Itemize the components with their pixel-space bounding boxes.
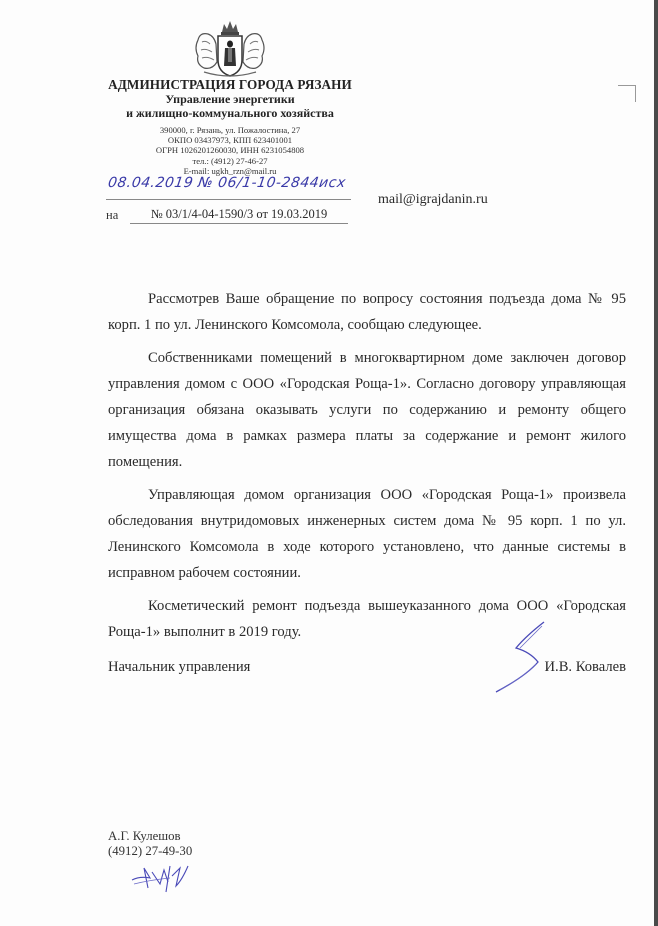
executor-initials-icon	[130, 862, 195, 897]
department-line-1: Управление энергетики	[100, 92, 360, 106]
org-phone: тел.: (4912) 27-46-27	[120, 156, 340, 166]
address-corner-mark	[618, 85, 636, 102]
registration-handwritten: 08.04.2019 № 06/1-10-2844исх	[107, 175, 347, 191]
recipient-address: mail@igrajdanin.ru	[378, 192, 488, 208]
handwritten-signature-icon	[486, 618, 566, 698]
reference-number: № 03/1/4-04-1590/3 от 19.03.2019	[130, 207, 348, 224]
letterhead: АДМИНИСТРАЦИЯ ГОРОДА РЯЗАНИ Управление э…	[100, 77, 360, 120]
reference-label: на	[106, 208, 118, 223]
org-address: 390000, г. Рязань, ул. Пожалостина, 27	[120, 125, 340, 135]
body-paragraph: Собственниками помещений в многоквартирн…	[108, 345, 626, 475]
executor-name: А.Г. Кулешов	[108, 829, 192, 844]
body-paragraph: Управляющая домом организация ООО «Город…	[108, 482, 626, 586]
signatory-title: Начальник управления	[108, 659, 250, 676]
executor-block: А.Г. Кулешов (4912) 27-49-30	[108, 829, 192, 858]
body-paragraph: Рассмотрев Ваше обращение по вопросу сос…	[108, 286, 626, 338]
letter-body: Рассмотрев Ваше обращение по вопросу сос…	[108, 286, 626, 652]
scan-edge	[654, 0, 658, 926]
ryazan-coat-of-arms-icon	[190, 18, 270, 82]
org-codes-2: ОГРН 1026201260030, ИНН 6231054808	[120, 145, 340, 155]
org-codes-1: ОКПО 03437973, КПП 623401001	[120, 135, 340, 145]
letter-page: АДМИНИСТРАЦИЯ ГОРОДА РЯЗАНИ Управление э…	[0, 0, 654, 926]
executor-phone: (4912) 27-49-30	[108, 844, 192, 859]
org-title: АДМИНИСТРАЦИЯ ГОРОДА РЯЗАНИ	[100, 77, 360, 92]
org-details: 390000, г. Рязань, ул. Пожалостина, 27 О…	[120, 125, 340, 176]
department-line-2: и жилищно-коммунального хозяйства	[100, 106, 360, 120]
